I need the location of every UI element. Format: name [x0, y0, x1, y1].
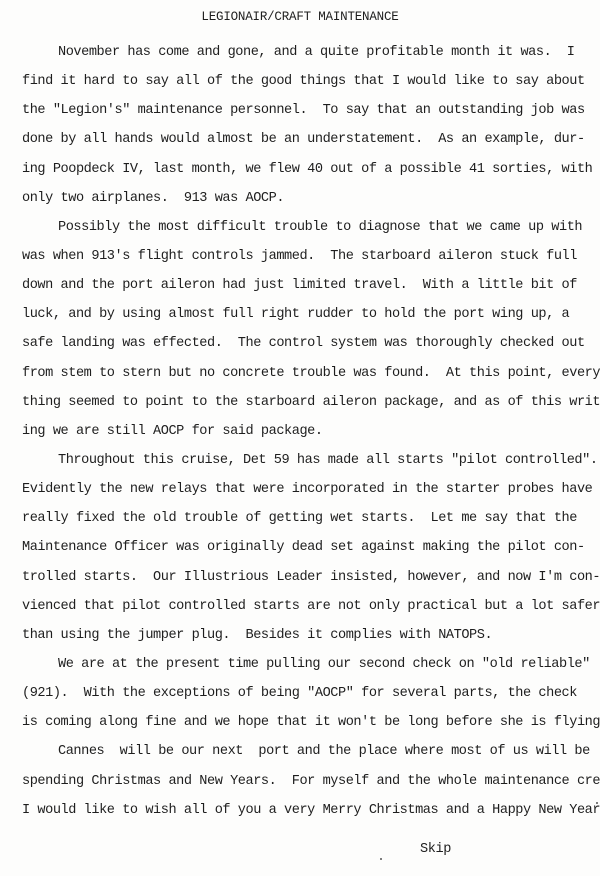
text-line: safe landing was effected. The control s…: [22, 329, 592, 358]
paragraph: We are at the present time pulling our s…: [22, 650, 592, 737]
text-line: from stem to stern but no concrete troub…: [22, 359, 592, 388]
text-line: ing we are still AOCP for said package.: [22, 417, 592, 446]
scan-speck: [580, 76, 582, 78]
document-body: November has come and gone, and a quite …: [22, 38, 592, 825]
text-line: Cannes will be our next port and the pla…: [22, 737, 592, 766]
text-line: thing seemed to point to the starboard a…: [22, 388, 592, 417]
text-line: Maintenance Officer was originally dead …: [22, 533, 592, 562]
text-line: find it hard to say all of the good thin…: [22, 67, 592, 96]
text-line: is coming along fine and we hope that it…: [22, 708, 592, 737]
text-line: only two airplanes. 913 was AOCP.: [22, 184, 592, 213]
signature: Skip: [420, 842, 451, 857]
text-line: spending Christmas and New Years. For my…: [22, 767, 592, 796]
text-line: really fixed the old trouble of getting …: [22, 504, 592, 533]
text-line: trolled starts. Our Illustrious Leader i…: [22, 563, 592, 592]
text-line: Evidently the new relays that were incor…: [22, 475, 592, 504]
paragraph: Possibly the most difficult trouble to d…: [22, 213, 592, 446]
text-line: than using the jumper plug. Besides it c…: [22, 621, 592, 650]
paragraph: Cannes will be our next port and the pla…: [22, 737, 592, 824]
scan-speck: [596, 802, 598, 804]
text-line: done by all hands would almost be an und…: [22, 125, 592, 154]
text-line: We are at the present time pulling our s…: [22, 650, 592, 679]
document-title: LEGIONAIR/CRAFT MAINTENANCE: [0, 10, 600, 24]
document-page: LEGIONAIR/CRAFT MAINTENANCE November has…: [0, 0, 600, 876]
text-line: was when 913's flight controls jammed. T…: [22, 242, 592, 271]
text-line: vienced that pilot controlled starts are…: [22, 592, 592, 621]
text-line: I would like to wish all of you a very M…: [22, 796, 592, 825]
text-line: luck, and by using almost full right rud…: [22, 300, 592, 329]
text-line: November has come and gone, and a quite …: [22, 38, 592, 67]
text-line: (921). With the exceptions of being "AOC…: [22, 679, 592, 708]
text-line: Possibly the most difficult trouble to d…: [22, 213, 592, 242]
text-line: down and the port aileron had just limit…: [22, 271, 592, 300]
text-line: ing Poopdeck IV, last month, we flew 40 …: [22, 155, 592, 184]
text-line: Throughout this cruise, Det 59 has made …: [22, 446, 592, 475]
paragraph: November has come and gone, and a quite …: [22, 38, 592, 213]
paragraph: Throughout this cruise, Det 59 has made …: [22, 446, 592, 650]
scan-speck: [380, 858, 382, 860]
text-line: the "Legion's" maintenance personnel. To…: [22, 96, 592, 125]
